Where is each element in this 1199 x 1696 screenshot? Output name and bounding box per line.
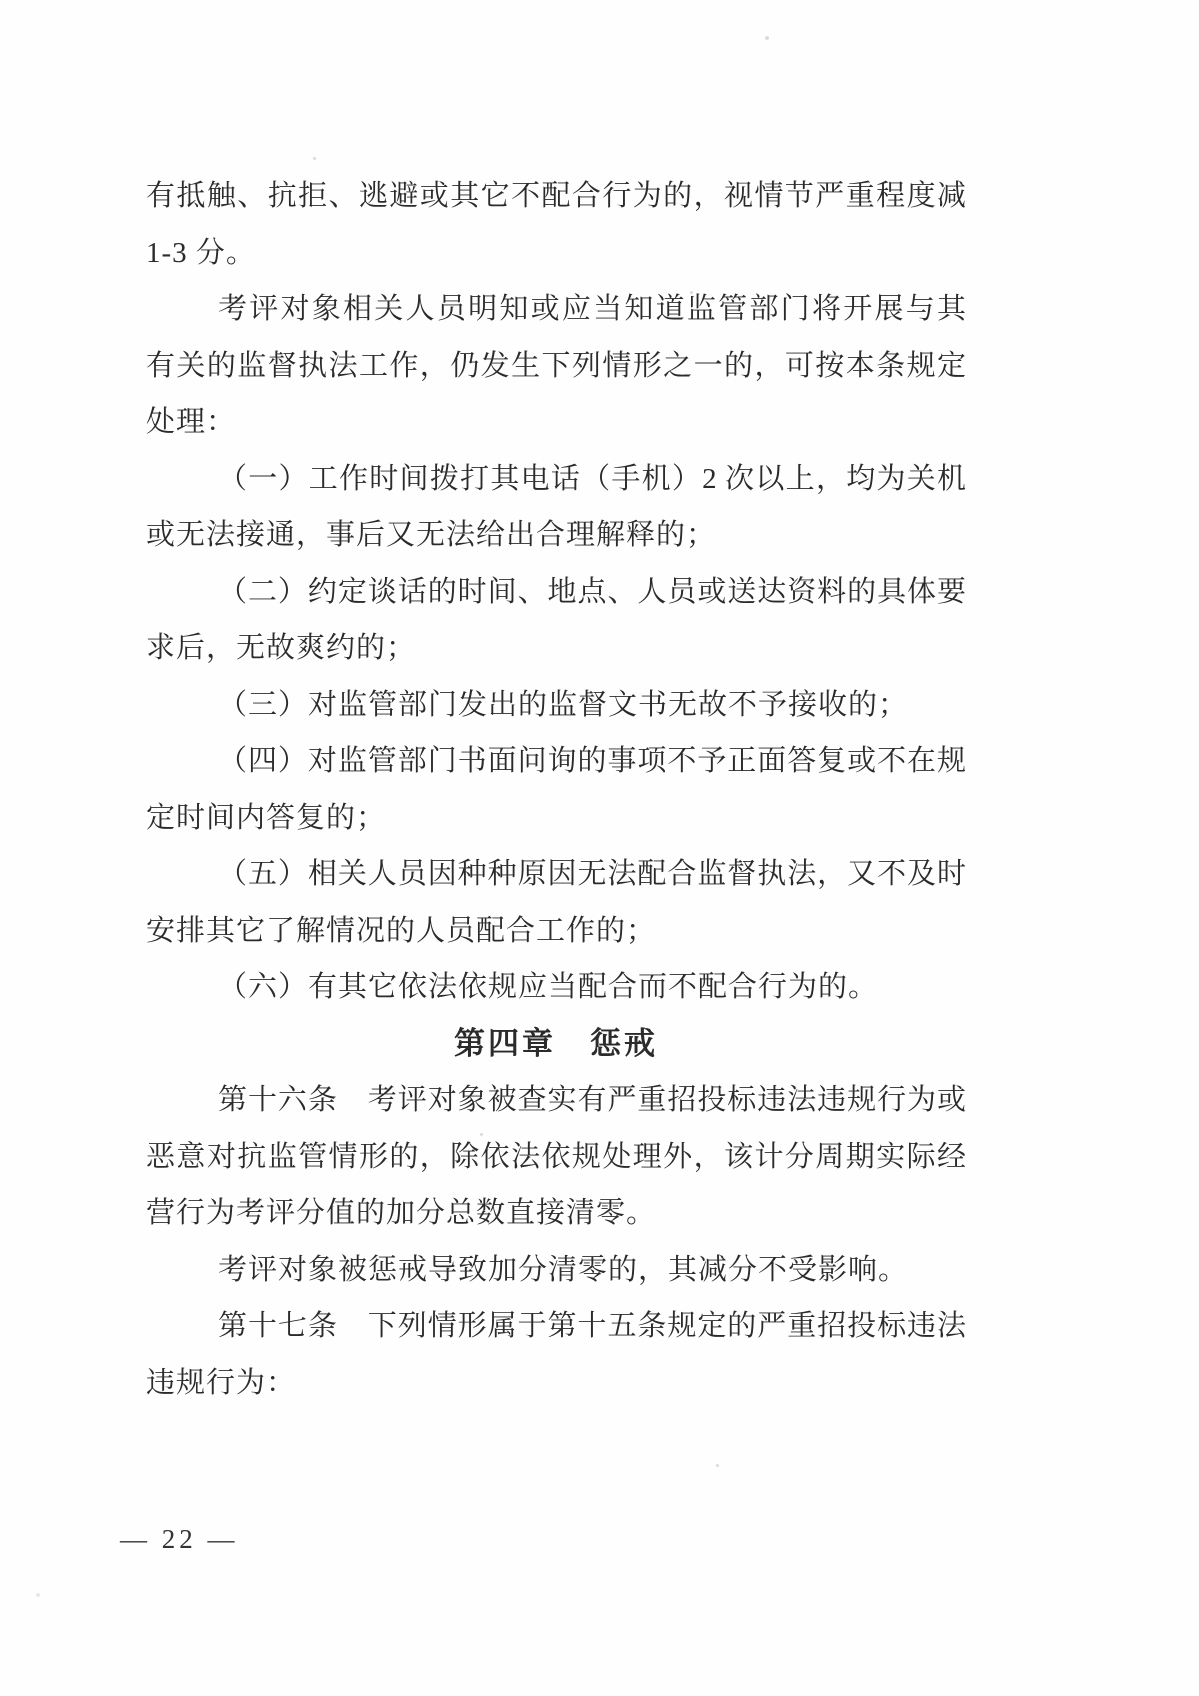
text-line: 或无法接通，事后又无法给出合理解释的； — [146, 507, 966, 564]
text-line: 恶意对抗监管情形的，除依法依规处理外，该计分周期实际经 — [146, 1129, 966, 1186]
paragraph: 第十七条 下列情形属于第十五条规定的严重招投标违法违规行为： — [146, 1298, 966, 1411]
text-line: 1-3 分。 — [146, 225, 966, 282]
text-line: 第十六条 考评对象被查实有严重招投标违法违规行为或 — [146, 1072, 966, 1129]
text-line: 求后，无故爽约的； — [146, 620, 966, 677]
paragraph: 考评对象相关人员明知或应当知道监管部门将开展与其有关的监督执法工作，仍发生下列情… — [146, 281, 966, 451]
chapter-heading: 第四章 惩戒 — [146, 1016, 966, 1073]
paragraph: （六）有其它依法依规应当配合而不配合行为的。 — [146, 959, 966, 1016]
page-number: — 22 — — [120, 1524, 239, 1555]
text-line: 考评对象被惩戒导致加分清零的，其减分不受影响。 — [146, 1242, 966, 1299]
text-line: 安排其它了解情况的人员配合工作的； — [146, 903, 966, 960]
paragraph: 有抵触、抗拒、逃避或其它不配合行为的，视情节严重程度减1-3 分。 — [146, 168, 966, 281]
text-line: （一）工作时间拨打其电话（手机）2 次以上，均为关机 — [146, 451, 966, 508]
text-line: （三）对监管部门发出的监督文书无故不予接收的； — [146, 677, 966, 734]
paragraph: 第十六条 考评对象被查实有严重招投标违法违规行为或恶意对抗监管情形的，除依法依规… — [146, 1072, 966, 1242]
text-line: 第四章 惩戒 — [146, 1016, 966, 1073]
text-line: 处理： — [146, 394, 966, 451]
text-line: 营行为考评分值的加分总数直接清零。 — [146, 1185, 966, 1242]
text-line: 考评对象相关人员明知或应当知道监管部门将开展与其 — [146, 281, 966, 338]
scan-speck — [36, 1593, 40, 1597]
text-line: 有抵触、抗拒、逃避或其它不配合行为的，视情节严重程度减 — [146, 168, 966, 225]
text-line: 违规行为： — [146, 1355, 966, 1412]
text-line: 有关的监督执法工作，仍发生下列情形之一的，可按本条规定 — [146, 338, 966, 395]
document-body: 有抵触、抗拒、逃避或其它不配合行为的，视情节严重程度减1-3 分。考评对象相关人… — [146, 168, 966, 1411]
text-line: （六）有其它依法依规应当配合而不配合行为的。 — [146, 959, 966, 1016]
text-line: （二）约定谈话的时间、地点、人员或送达资料的具体要 — [146, 564, 966, 621]
text-line: 定时间内答复的； — [146, 790, 966, 847]
scan-speck — [765, 36, 769, 40]
text-line: 第十七条 下列情形属于第十五条规定的严重招投标违法 — [146, 1298, 966, 1355]
paragraph: 考评对象被惩戒导致加分清零的，其减分不受影响。 — [146, 1242, 966, 1299]
text-line: （四）对监管部门书面问询的事项不予正面答复或不在规 — [146, 733, 966, 790]
scan-speck — [313, 157, 316, 160]
text-line: （五）相关人员因种种原因无法配合监督执法，又不及时 — [146, 846, 966, 903]
scan-speck — [480, 1133, 483, 1136]
paragraph: （二）约定谈话的时间、地点、人员或送达资料的具体要求后，无故爽约的； — [146, 564, 966, 677]
scan-speck — [690, 291, 693, 294]
paragraph: （一）工作时间拨打其电话（手机）2 次以上，均为关机或无法接通，事后又无法给出合… — [146, 451, 966, 564]
paragraph: （五）相关人员因种种原因无法配合监督执法，又不及时安排其它了解情况的人员配合工作… — [146, 846, 966, 959]
paragraph: （四）对监管部门书面问询的事项不予正面答复或不在规定时间内答复的； — [146, 733, 966, 846]
paragraph-list: 有抵触、抗拒、逃避或其它不配合行为的，视情节严重程度减1-3 分。考评对象相关人… — [146, 168, 966, 1411]
paragraph: （三）对监管部门发出的监督文书无故不予接收的； — [146, 677, 966, 734]
scan-speck — [716, 1464, 719, 1467]
scanned-page: 有抵触、抗拒、逃避或其它不配合行为的，视情节严重程度减1-3 分。考评对象相关人… — [0, 0, 1199, 1696]
